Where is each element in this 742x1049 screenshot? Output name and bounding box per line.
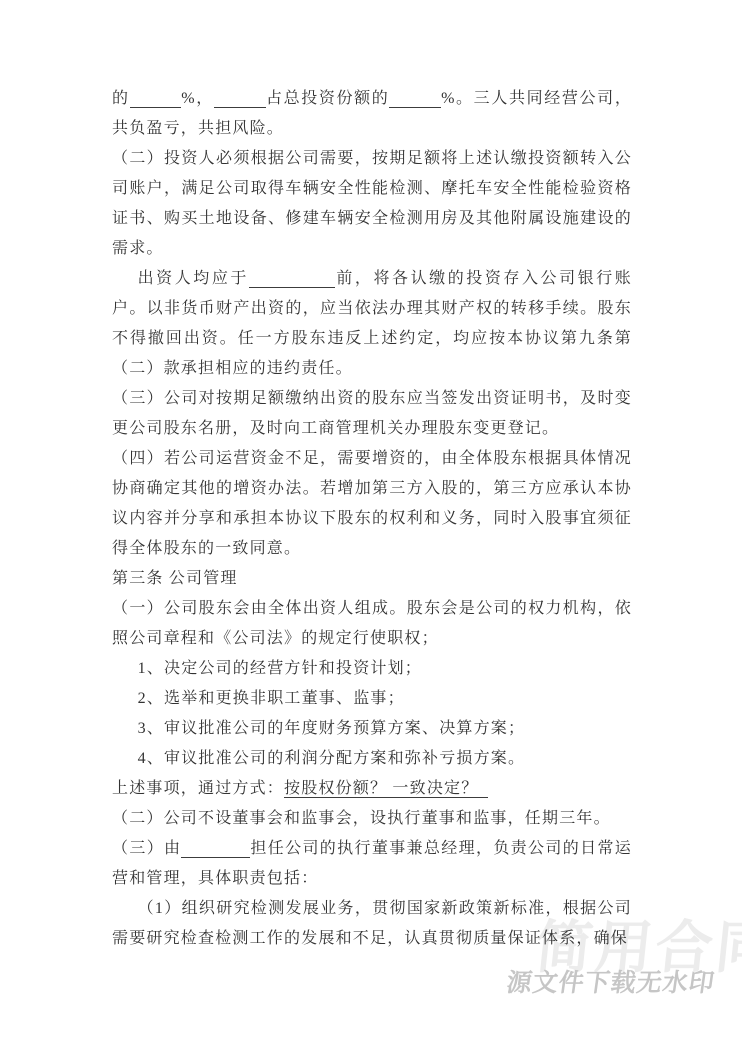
blank-underline-field	[214, 90, 266, 108]
blank-underline-field	[389, 90, 441, 108]
text-segment: （四）若公司运营资金不足，需要增资的，由全体股东根据具体情况协商确定其他的增资办…	[112, 450, 632, 557]
list-item-4: 4、审议批准公司的利润分配方案和弥补亏损方案。	[112, 744, 632, 774]
watermark-tagline: 源文件下载无水印	[504, 963, 717, 999]
text-segment: 4、审议批准公司的利润分配方案和弥补亏损方案。	[138, 750, 526, 767]
underlined-text: 按股权份额？ 一致决定？	[284, 780, 488, 798]
duty-item-1: （1）组织研究检测发展业务，贯彻国家新政策新标准，根据公司需要研究检查检测工作的…	[112, 894, 632, 954]
text-segment: （二）公司不设董事会和监事会，设执行董事和监事，任期三年。	[112, 810, 611, 827]
text-segment: 2、选举和更换非职工董事、监事；	[138, 690, 405, 707]
blank-underline-field	[249, 270, 335, 288]
clause-2-capital-transfer: （二）投资人必须根据公司需要，按期足额将上述认缴投资额转入公司账户，满足公司取得…	[112, 144, 632, 264]
text-segment: 出资人均应于	[138, 270, 249, 287]
text-segment: 占总投资份额的	[266, 90, 390, 107]
continuation-paragraph: 的 %， 占总投资份额的 %。三人共同经营公司，共负盈亏，共担风险。	[112, 84, 632, 144]
text-segment: %，	[181, 90, 214, 107]
text-segment: 第三条 公司管理	[112, 570, 238, 587]
clause-3-executive-director: （三）由 担任公司的执行董事兼总经理，负责公司的日常运营和管理，具体职责包括：	[112, 834, 632, 894]
clause-4-capital-increase: （四）若公司运营资金不足，需要增资的，由全体股东根据具体情况协商确定其他的增资办…	[112, 444, 632, 564]
text-segment: 的	[112, 90, 130, 107]
section-heading-article-3: 第三条 公司管理	[112, 564, 632, 594]
document-page: 简用合同 源文件下载无水印 的 %， 占总投资份额的 %。三人共同经营公司，共负…	[0, 0, 742, 1049]
text-segment: 3、审议批准公司的年度财务预算方案、决算方案；	[138, 720, 526, 737]
text-segment: （二）投资人必须根据公司需要，按期足额将上述认缴投资额转入公司账户，满足公司取得…	[112, 150, 632, 257]
voting-method-paragraph: 上述事项，通过方式：按股权份额？ 一致决定？	[112, 774, 632, 804]
clause-2-no-board: （二）公司不设董事会和监事会，设执行董事和监事，任期三年。	[112, 804, 632, 834]
clause-3-capital-certificate: （三）公司对按期足额缴纳出资的股东应当签发出资证明书，及时变更公司股东名册，及时…	[112, 384, 632, 444]
clause-1-shareholders-meeting: （一）公司股东会由全体出资人组成。股东会是公司的权力机构，依照公司章程和《公司法…	[112, 594, 632, 654]
text-segment: （三）由	[112, 840, 181, 857]
document-body: 的 %， 占总投资份额的 %。三人共同经营公司，共负盈亏，共担风险。（二）投资人…	[112, 84, 632, 954]
list-item-2: 2、选举和更换非职工董事、监事；	[112, 684, 632, 714]
text-segment: （一）公司股东会由全体出资人组成。股东会是公司的权力机构，依照公司章程和《公司法…	[112, 600, 632, 647]
list-item-3: 3、审议批准公司的年度财务预算方案、决算方案；	[112, 714, 632, 744]
text-segment: 1、决定公司的经营方针和投资计划；	[138, 660, 422, 677]
text-segment: 上述事项，通过方式：	[112, 780, 284, 797]
list-item-1: 1、决定公司的经营方针和投资计划；	[112, 654, 632, 684]
blank-underline-field	[130, 90, 182, 108]
capital-deposit-paragraph: 出资人均应于 前，将各认缴的投资存入公司银行账户。以非货币财产出资的，应当依法办…	[112, 264, 632, 384]
text-segment: （1）组织研究检测发展业务，贯彻国家新政策新标准，根据公司需要研究检查检测工作的…	[112, 900, 632, 947]
blank-underline-field	[181, 840, 250, 858]
text-segment: （三）公司对按期足额缴纳出资的股东应当签发出资证明书，及时变更公司股东名册，及时…	[112, 390, 632, 437]
